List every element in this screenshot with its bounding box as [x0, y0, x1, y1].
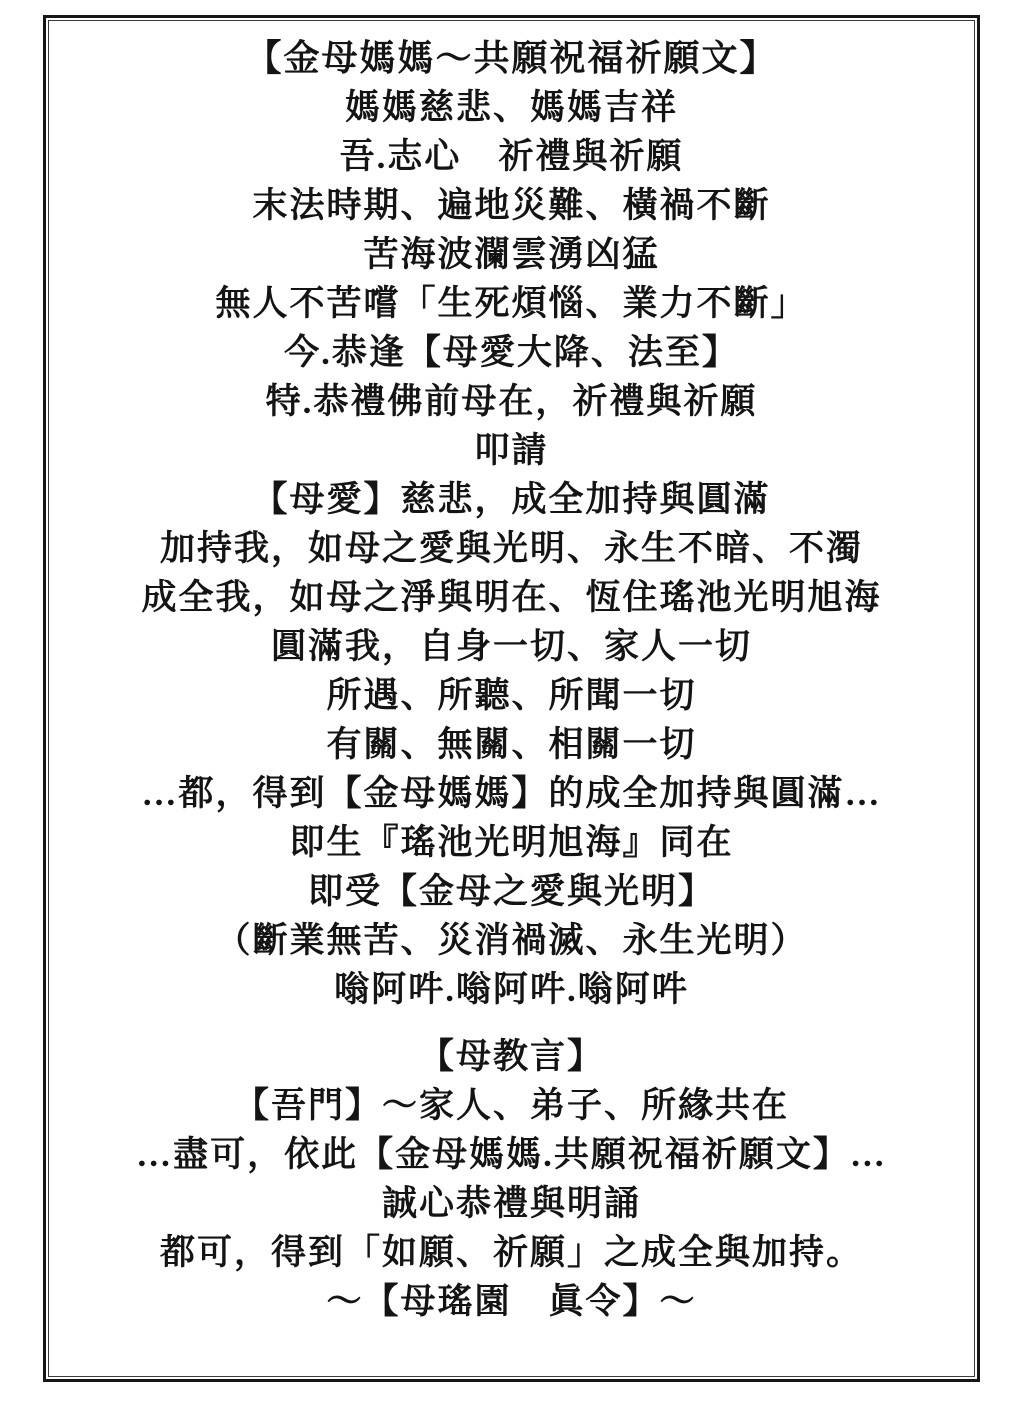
teaching-line: 【吾門】～家人、弟子、所緣共在 [46, 1081, 977, 1130]
prayer-text-block: 【金母媽媽～共願祝福祈願文】 媽媽慈悲、媽媽吉祥 吾.志心 祈禮與祈願 末法時期… [46, 34, 977, 1326]
prayer-line: 叩請 [46, 426, 977, 475]
prayer-line: 末法時期、遍地災難、橫禍不斷 [46, 181, 977, 230]
prayer-line: 有關、無關、相關一切 [46, 720, 977, 769]
prayer-line: 【母愛】慈悲，成全加持與圓滿 [46, 475, 977, 524]
teaching-section: 【母教言】 【吾門】～家人、弟子、所緣共在 …盡可，依此【金母媽媽.共願祝福祈願… [46, 1032, 977, 1326]
prayer-line: 嗡阿吽.嗡阿吽.嗡阿吽 [46, 965, 977, 1014]
prayer-line: 無人不苦嚐「生死煩惱、業力不斷」 [46, 279, 977, 328]
prayer-line: 今.恭逢【母愛大降、法至】 [46, 328, 977, 377]
prayer-line: 即生『瑤池光明旭海』同在 [46, 818, 977, 867]
document-page: 【金母媽媽～共願祝福祈願文】 媽媽慈悲、媽媽吉祥 吾.志心 祈禮與祈願 末法時期… [0, 0, 1024, 1403]
teaching-line: 誠心恭禮與明誦 [46, 1179, 977, 1228]
teaching-line: …盡可，依此【金母媽媽.共願祝福祈願文】… [46, 1130, 977, 1179]
prayer-line: 苦海波瀾雲湧凶猛 [46, 230, 977, 279]
prayer-line: 媽媽慈悲、媽媽吉祥 [46, 83, 977, 132]
prayer-line: 所遇、所聽、所聞一切 [46, 671, 977, 720]
teaching-line: ～【母瑤園 眞令】～ [46, 1277, 977, 1326]
prayer-title: 【金母媽媽～共願祝福祈願文】 [46, 34, 977, 83]
prayer-line: 成全我，如母之淨與明在、恆住瑤池光明旭海 [46, 573, 977, 622]
prayer-line: 圓滿我，自身一切、家人一切 [46, 622, 977, 671]
prayer-line: 即受【金母之愛與光明】 [46, 867, 977, 916]
prayer-line: 加持我，如母之愛與光明、永生不暗、不濁 [46, 524, 977, 573]
page-border-frame: 【金母媽媽～共願祝福祈願文】 媽媽慈悲、媽媽吉祥 吾.志心 祈禮與祈願 末法時期… [43, 15, 980, 1382]
prayer-line: …都，得到【金母媽媽】的成全加持與圓滿… [46, 769, 977, 818]
prayer-line: 吾.志心 祈禮與祈願 [46, 132, 977, 181]
prayer-section: 【金母媽媽～共願祝福祈願文】 媽媽慈悲、媽媽吉祥 吾.志心 祈禮與祈願 末法時期… [46, 34, 977, 1014]
teaching-line: 都可，得到「如願、祈願」之成全與加持。 [46, 1228, 977, 1277]
teaching-heading: 【母教言】 [46, 1032, 977, 1081]
prayer-line: 特.恭禮佛前母在，祈禮與祈願 [46, 377, 977, 426]
prayer-line: （斷業無苦、災消禍滅、永生光明） [46, 916, 977, 965]
